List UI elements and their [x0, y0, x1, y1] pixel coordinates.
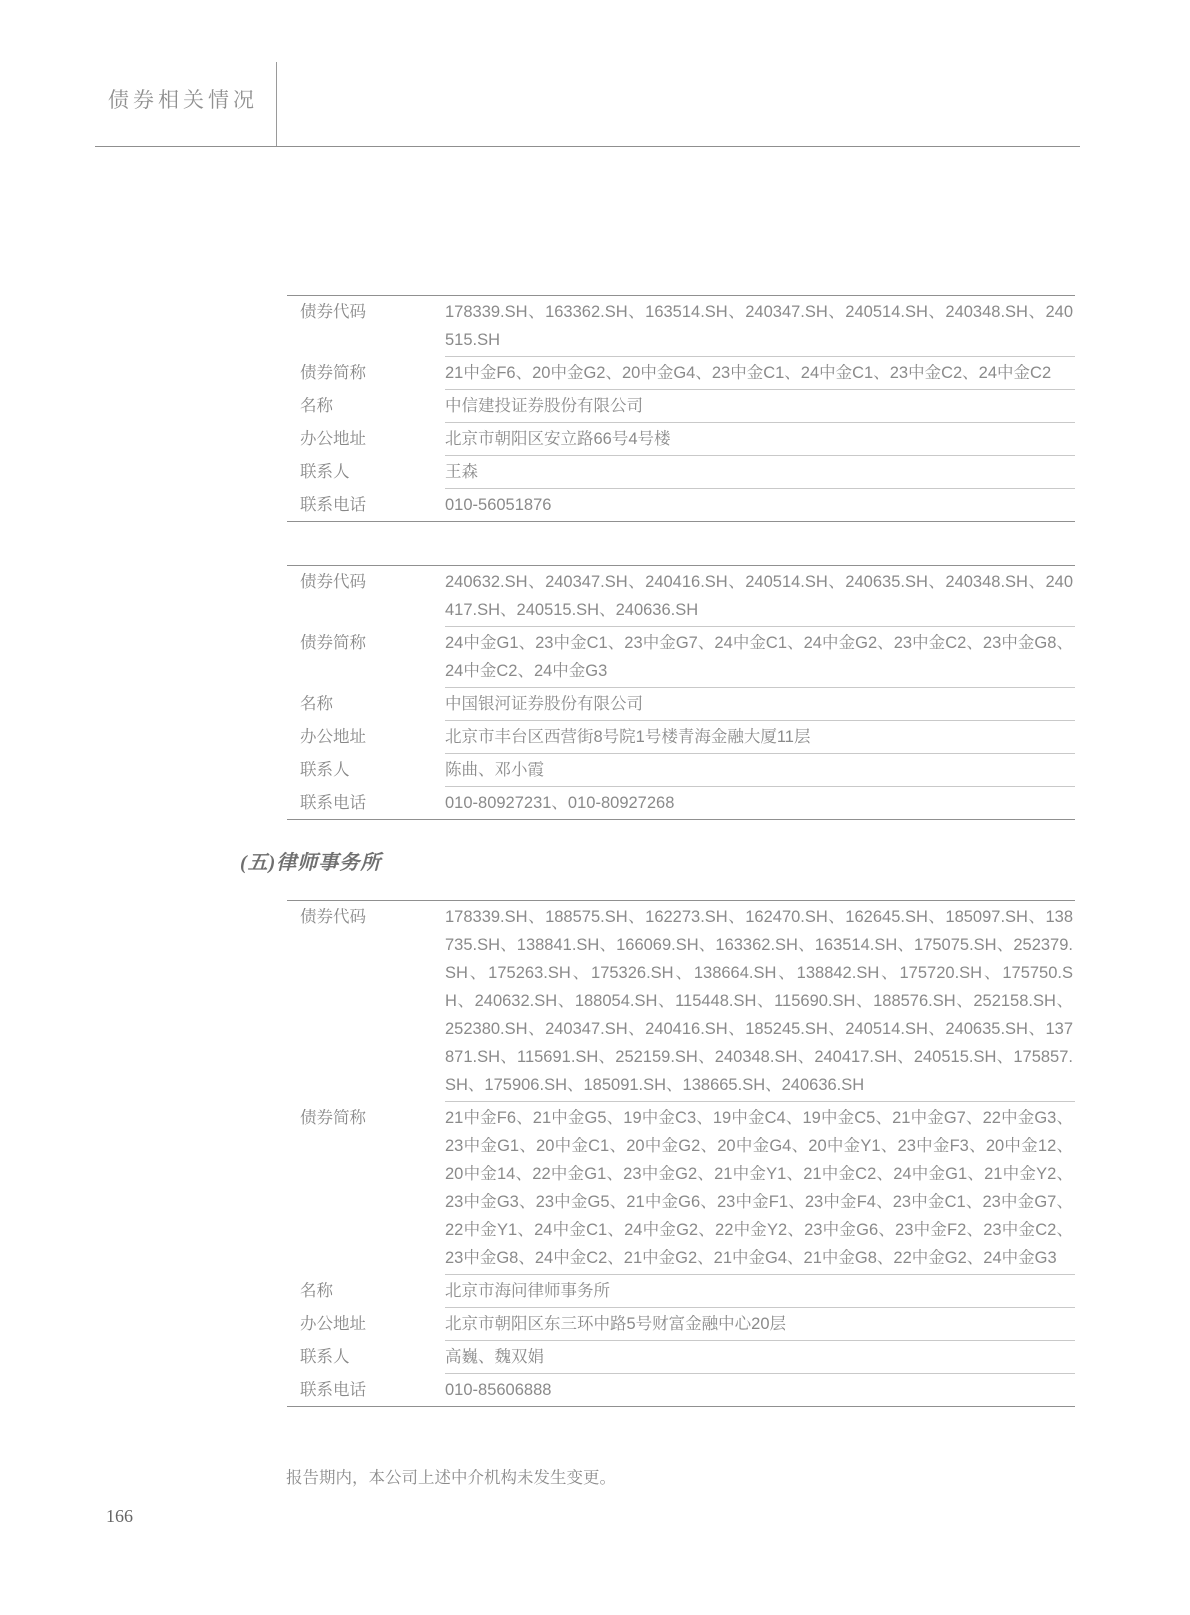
bond-abbr-label: 债券简称 [287, 627, 445, 688]
table-row: 联系人 高巍、魏双娟 [287, 1341, 1075, 1374]
bond-code-label: 债券代码 [287, 566, 445, 627]
bond-abbr-value: 24中金G1、23中金C1、23中金G7、24中金C1、24中金G2、23中金C… [445, 627, 1075, 688]
org-name-label: 名称 [287, 390, 445, 423]
table-row: 联系电话 010-80927231、010-80927268 [287, 787, 1075, 819]
office-address-label: 办公地址 [287, 1308, 445, 1341]
table-row: 办公地址 北京市朝阳区东三环中路5号财富金融中心20层 [287, 1308, 1075, 1341]
table-row: 名称 北京市海问律师事务所 [287, 1275, 1075, 1308]
bond-code-value: 240632.SH、240347.SH、240416.SH、240514.SH、… [445, 566, 1075, 627]
section-heading-law-firm: (五)律师事务所 [240, 846, 381, 875]
org-name-label: 名称 [287, 688, 445, 721]
document-page: 债券相关情况 债券代码 178339.SH、163362.SH、163514.S… [0, 0, 1190, 1615]
office-address-label: 办公地址 [287, 721, 445, 754]
contact-person-value: 陈曲、邓小霞 [445, 754, 1075, 787]
table-row: 名称 中信建投证券股份有限公司 [287, 390, 1075, 423]
contact-phone-value: 010-85606888 [445, 1374, 1075, 1406]
header-horizontal-rule [95, 146, 1080, 147]
table-row: 联系电话 010-85606888 [287, 1374, 1075, 1406]
table-row: 债券简称 21中金F6、20中金G2、20中金G4、23中金C1、24中金C1、… [287, 357, 1075, 390]
table-row: 债券代码 240632.SH、240347.SH、240416.SH、24051… [287, 566, 1075, 627]
bond-code-value: 178339.SH、188575.SH、162273.SH、162470.SH、… [445, 901, 1075, 1102]
contact-person-label: 联系人 [287, 754, 445, 787]
office-address-value: 北京市朝阳区安立路66号4号楼 [445, 423, 1075, 456]
info-table-underwriter-2: 债券代码 240632.SH、240347.SH、240416.SH、24051… [287, 565, 1075, 820]
bond-abbr-label: 债券简称 [287, 357, 445, 390]
org-name-value: 中国银河证券股份有限公司 [445, 688, 1075, 721]
bond-code-label: 债券代码 [287, 296, 445, 357]
table-row: 债券简称 21中金F6、21中金G5、19中金C3、19中金C4、19中金C5、… [287, 1102, 1075, 1275]
table-row: 债券简称 24中金G1、23中金C1、23中金G7、24中金C1、24中金G2、… [287, 627, 1075, 688]
table-row: 办公地址 北京市丰台区西营街8号院1号楼青海金融大厦11层 [287, 721, 1075, 754]
table-row: 联系电话 010-56051876 [287, 489, 1075, 521]
info-table-underwriter-1: 债券代码 178339.SH、163362.SH、163514.SH、24034… [287, 295, 1075, 522]
contact-person-value: 高巍、魏双娟 [445, 1341, 1075, 1374]
office-address-value: 北京市朝阳区东三环中路5号财富金融中心20层 [445, 1308, 1075, 1341]
bond-abbr-value: 21中金F6、21中金G5、19中金C3、19中金C4、19中金C5、21中金G… [445, 1102, 1075, 1275]
info-table-law-firm: 债券代码 178339.SH、188575.SH、162273.SH、16247… [287, 900, 1075, 1407]
table-row: 债券代码 178339.SH、188575.SH、162273.SH、16247… [287, 901, 1075, 1102]
contact-person-label: 联系人 [287, 1341, 445, 1374]
table-row: 名称 中国银河证券股份有限公司 [287, 688, 1075, 721]
table-row: 办公地址 北京市朝阳区安立路66号4号楼 [287, 423, 1075, 456]
bond-code-label: 债券代码 [287, 901, 445, 1102]
page-header-title: 债券相关情况 [108, 84, 258, 114]
org-name-value: 中信建投证券股份有限公司 [445, 390, 1075, 423]
bond-abbr-label: 债券简称 [287, 1102, 445, 1275]
org-name-value: 北京市海问律师事务所 [445, 1275, 1075, 1308]
office-address-value: 北京市丰台区西营街8号院1号楼青海金融大厦11层 [445, 721, 1075, 754]
bond-abbr-value: 21中金F6、20中金G2、20中金G4、23中金C1、24中金C1、23中金C… [445, 357, 1075, 390]
header-vertical-rule [276, 62, 277, 147]
table-row: 债券代码 178339.SH、163362.SH、163514.SH、24034… [287, 296, 1075, 357]
page-number: 166 [106, 1506, 133, 1527]
contact-phone-label: 联系电话 [287, 489, 445, 521]
contact-phone-label: 联系电话 [287, 787, 445, 819]
contact-person-label: 联系人 [287, 456, 445, 489]
office-address-label: 办公地址 [287, 423, 445, 456]
contact-phone-label: 联系电话 [287, 1374, 445, 1406]
table-row: 联系人 王森 [287, 456, 1075, 489]
org-name-label: 名称 [287, 1275, 445, 1308]
table-row: 联系人 陈曲、邓小霞 [287, 754, 1075, 787]
contact-phone-value: 010-56051876 [445, 489, 1075, 521]
footer-note: 报告期内，本公司上述中介机构未发生变更。 [286, 1464, 616, 1488]
contact-person-value: 王森 [445, 456, 1075, 489]
contact-phone-value: 010-80927231、010-80927268 [445, 787, 1075, 819]
bond-code-value: 178339.SH、163362.SH、163514.SH、240347.SH、… [445, 296, 1075, 357]
